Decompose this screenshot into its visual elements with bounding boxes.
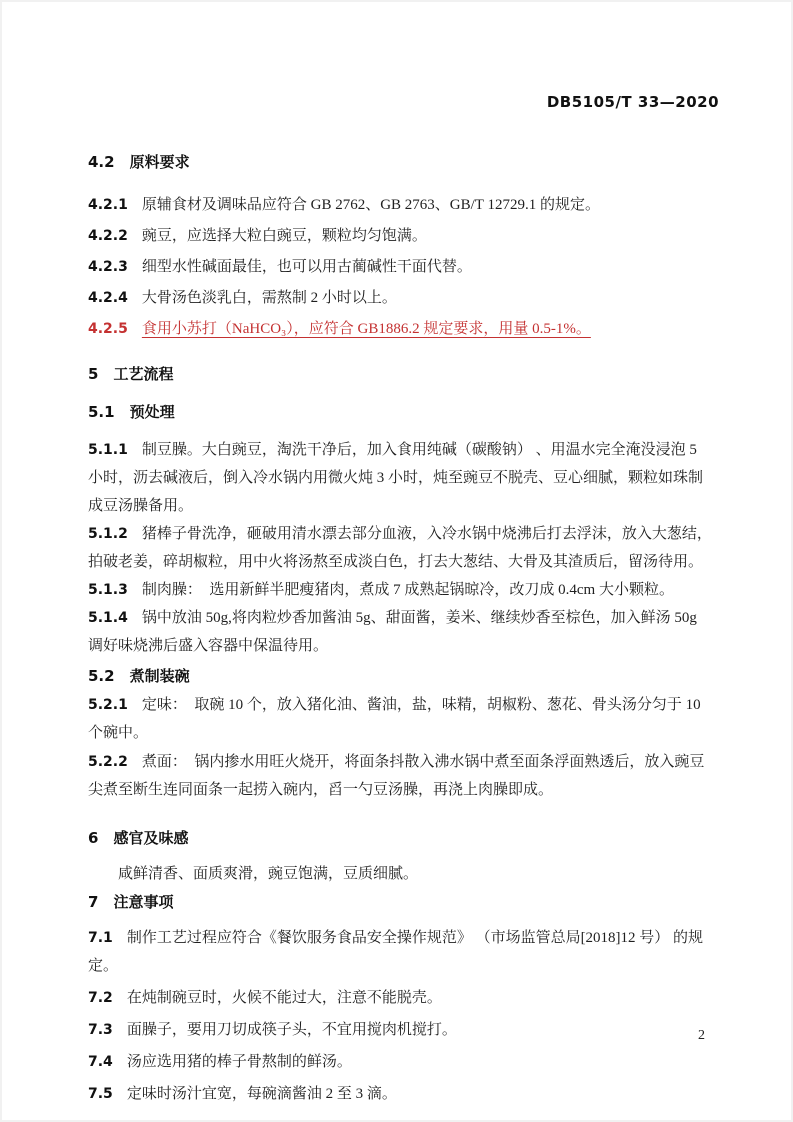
clause-4-2-3: 4.2.3细型水性碱面最佳，也可以用古蔺碱性干面代替。 [88, 253, 714, 281]
clause-text-red-underlined: 食用小苏打（NaHCO₃），应符合 GB1886.2 规定要求，用量 0.5-1… [142, 321, 591, 337]
clause-number: 4.2.2 [88, 228, 128, 244]
clause-5-1-1: 5.1.1制豆臊。大白豌豆，淘洗干净后，加入食用纯碱（碳酸钠） 、用温水完全淹没… [88, 436, 714, 520]
clause-text: 制作工艺过程应符合《餐饮服务食品安全操作规范》 （市场监管总局[2018]12 … [88, 930, 703, 974]
clause-text: 在炖制碗豆时，火候不能过大，注意不能脱壳。 [127, 990, 442, 1006]
clause-7-1: 7.1制作工艺过程应符合《餐饮服务食品安全操作规范》 （市场监管总局[2018]… [88, 924, 714, 980]
clause-7-5: 7.5定味时汤汁宜宽，每碗滴酱油 2 至 3 滴。 [88, 1080, 714, 1108]
sensory-description: 咸鲜清香、面质爽滑，豌豆饱满，豆质细腻。 [88, 860, 714, 888]
heading-number: 4.2 [88, 153, 115, 171]
heading-cooking: 5.2煮制装碗 [88, 662, 714, 690]
clause-number: 7.2 [88, 990, 113, 1006]
clause-text: 豌豆，应选择大粒白豌豆，颗粒均匀饱满。 [142, 228, 427, 244]
clause-number: 4.2.3 [88, 259, 128, 275]
heading-title: 工艺流程 [113, 365, 173, 383]
clause-4-2-5-highlighted: 4.2.5食用小苏打（NaHCO₃），应符合 GB1886.2 规定要求，用量 … [88, 315, 714, 343]
clause-number: 7.5 [88, 1086, 113, 1102]
heading-number: 6 [88, 829, 98, 847]
clause-4-2-4: 4.2.4大骨汤色淡乳白，需熬制 2 小时以上。 [88, 284, 714, 312]
standard-code: DB5105/T 33—2020 [547, 93, 719, 111]
heading-number: 5.1 [88, 403, 115, 421]
heading-number: 7 [88, 893, 98, 911]
clause-4-2-1: 4.2.1原辅食材及调味品应符合 GB 2762、GB 2763、GB/T 12… [88, 191, 714, 219]
clause-number: 4.2.1 [88, 197, 128, 213]
clause-text: 制肉臊： 选用新鲜半肥瘦猪肉，煮成 7 成熟起锅晾冷，改刀成 0.4cm 大小颗… [142, 582, 674, 598]
clause-number: 7.3 [88, 1022, 113, 1038]
clause-number: 7.1 [88, 930, 113, 946]
clause-4-2-2: 4.2.2豌豆，应选择大粒白豌豆，颗粒均匀饱满。 [88, 222, 714, 250]
clause-text: 定味时汤汁宜宽，每碗滴酱油 2 至 3 滴。 [127, 1086, 397, 1102]
heading-number: 5.2 [88, 667, 115, 685]
clause-number: 7.4 [88, 1054, 113, 1070]
clause-text: 制豆臊。大白豌豆，淘洗干净后，加入食用纯碱（碳酸钠） 、用温水完全淹没浸泡 5 … [88, 442, 703, 514]
heading-title: 原料要求 [130, 153, 190, 171]
document-body: 4.2原料要求 4.2.1原辅食材及调味品应符合 GB 2762、GB 2763… [88, 148, 714, 1108]
heading-title: 注意事项 [113, 893, 173, 911]
clause-number: 5.1.1 [88, 442, 128, 458]
clause-number: 5.1.2 [88, 526, 128, 542]
page-number: 2 [698, 1026, 705, 1046]
clause-number: 5.2.1 [88, 697, 128, 713]
clause-number: 5.1.4 [88, 610, 128, 626]
clause-5-2-1: 5.2.1定味： 取碗 10 个，放入猪化油、酱油，盐，味精，胡椒粉、葱花、骨头… [88, 691, 714, 747]
heading-title: 预处理 [130, 403, 175, 421]
heading-title: 感官及味感 [113, 829, 188, 847]
clause-text: 定味： 取碗 10 个，放入猪化油、酱油，盐，味精，胡椒粉、葱花、骨头汤分匀于 … [88, 697, 701, 741]
clause-text: 原辅食材及调味品应符合 GB 2762、GB 2763、GB/T 12729.1… [142, 197, 600, 213]
clause-text: 细型水性碱面最佳，也可以用古蔺碱性干面代替。 [142, 259, 472, 275]
clause-text: 面臊子，要用刀切成筷子头，不宜用搅肉机搅打。 [127, 1022, 457, 1038]
heading-title: 煮制装碗 [130, 667, 190, 685]
clause-7-2: 7.2在炖制碗豆时，火候不能过大，注意不能脱壳。 [88, 984, 714, 1012]
clause-5-1-3: 5.1.3制肉臊： 选用新鲜半肥瘦猪肉，煮成 7 成熟起锅晾冷，改刀成 0.4c… [88, 576, 714, 604]
heading-notes: 7注意事项 [88, 888, 714, 916]
document-page: DB5105/T 33—2020 4.2原料要求 4.2.1原辅食材及调味品应符… [0, 0, 793, 1122]
clause-7-4: 7.4汤应选用猪的棒子骨熬制的鲜汤。 [88, 1048, 714, 1076]
clause-number: 4.2.5 [88, 321, 128, 337]
clause-5-1-4: 5.1.4锅中放油 50g,将肉粒炒香加酱油 5g、甜面酱，姜米、继续炒香至棕色… [88, 604, 714, 660]
heading-number: 5 [88, 365, 98, 383]
clause-5-1-2: 5.1.2猪棒子骨洗净，砸破用清水漂去部分血液，入冷水锅中烧沸后打去浮沫，放入大… [88, 520, 714, 576]
clause-7-3: 7.3面臊子，要用刀切成筷子头，不宜用搅肉机搅打。 [88, 1016, 714, 1044]
clause-text: 猪棒子骨洗净，砸破用清水漂去部分血液，入冷水锅中烧沸后打去浮沫，放入大葱结，拍破… [88, 526, 712, 570]
heading-process: 5工艺流程 [88, 360, 714, 388]
heading-raw-materials: 4.2原料要求 [88, 148, 714, 176]
clause-text: 汤应选用猪的棒子骨熬制的鲜汤。 [127, 1054, 352, 1070]
clause-number: 5.2.2 [88, 754, 128, 770]
clause-text: 锅中放油 50g,将肉粒炒香加酱油 5g、甜面酱，姜米、继续炒香至棕色，加入鲜汤… [88, 610, 697, 654]
heading-pretreatment: 5.1预处理 [88, 398, 714, 426]
clause-text: 煮面： 锅内掺水用旺火烧开，将面条抖散入沸水锅中煮至面条浮面熟透后，放入豌豆尖煮… [88, 754, 704, 798]
clause-number: 4.2.4 [88, 290, 128, 306]
clause-5-2-2: 5.2.2煮面： 锅内掺水用旺火烧开，将面条抖散入沸水锅中煮至面条浮面熟透后，放… [88, 748, 714, 804]
heading-sensory: 6感官及味感 [88, 824, 714, 852]
clause-text: 大骨汤色淡乳白，需熬制 2 小时以上。 [142, 290, 397, 306]
clause-number: 5.1.3 [88, 582, 128, 598]
